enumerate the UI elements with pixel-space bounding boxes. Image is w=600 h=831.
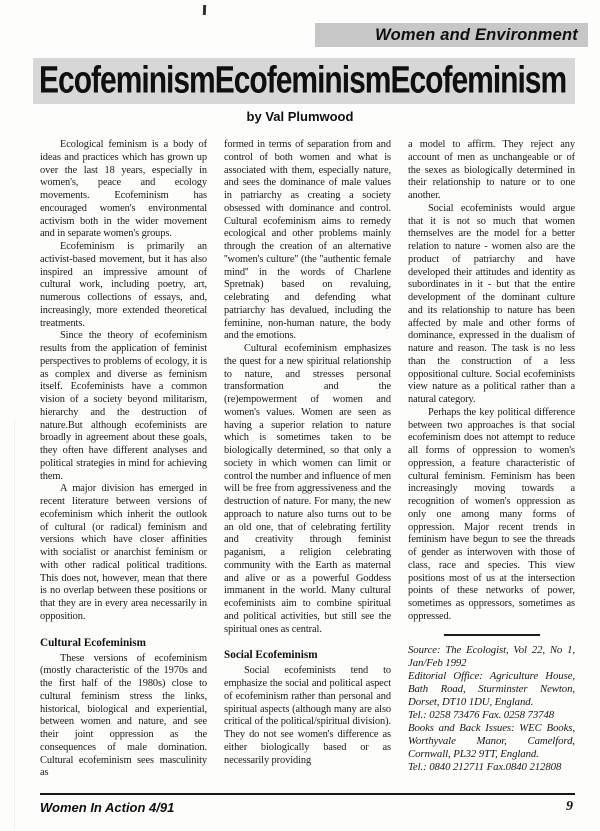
magazine-page: Women and Environment EcofeminismEcofemi… <box>0 0 600 831</box>
paragraph: formed in terms of separation from and c… <box>224 139 391 343</box>
source-line: Tel.: 0840 212711 Fax.0840 212808 <box>408 761 575 774</box>
article-title: EcofeminismEcofeminismEcofeminism <box>39 59 566 103</box>
source-line: Source: The Ecologist, Vol 22, No 1, Jan… <box>408 644 575 670</box>
subheading-social-ecofeminism: Social Ecofeminism <box>224 649 391 662</box>
section-header-bar: Women and Environment <box>315 23 588 47</box>
paragraph: Ecofeminism is primarily an activist-bas… <box>40 241 207 330</box>
source-line: Books and Back Issues: WEC Books, Worthy… <box>408 722 575 761</box>
paragraph: These versions of ecofeminism (mostly ch… <box>40 653 207 781</box>
byline: by Val Plumwood <box>0 109 600 124</box>
paragraph: Since the theory of ecofeminism results … <box>40 330 207 483</box>
column-3: a model to affirm. They reject any accou… <box>408 139 575 793</box>
article-body: Ecological feminism is a body of ideas a… <box>40 139 575 793</box>
source-line: Tel.: 0258 73476 Fax. 0258 73748 <box>408 709 575 722</box>
paragraph: A major division has emerged in recent l… <box>40 483 207 623</box>
paragraph: Ecological feminism is a body of ideas a… <box>40 139 207 241</box>
scan-artifact <box>203 5 206 15</box>
source-divider <box>444 634 540 636</box>
paragraph: Social ecofeminists would argue that it … <box>408 203 575 407</box>
subheading-cultural-ecofeminism: Cultural Ecofeminism <box>40 637 207 650</box>
footer-rule <box>40 793 575 795</box>
footer-page-number: 9 <box>566 799 573 815</box>
paragraph: Perhaps the key political difference bet… <box>408 407 575 624</box>
paragraph: Cultural ecofeminism emphasizes the ques… <box>224 343 391 636</box>
column-2: formed in terms of separation from and c… <box>224 139 391 793</box>
title-band: EcofeminismEcofeminismEcofeminism <box>33 58 575 104</box>
column-1: Ecological feminism is a body of ideas a… <box>40 139 207 793</box>
source-line: Editorial Office: Agriculture House, Bat… <box>408 670 575 709</box>
scan-edge-line <box>14 420 15 830</box>
paragraph: a model to affirm. They reject any accou… <box>408 139 575 203</box>
footer-journal-title: Women In Action 4/91 <box>40 800 174 815</box>
section-header-label: Women and Environment <box>375 26 578 45</box>
paragraph: Social ecofeminists tend to emphasize th… <box>224 665 391 767</box>
